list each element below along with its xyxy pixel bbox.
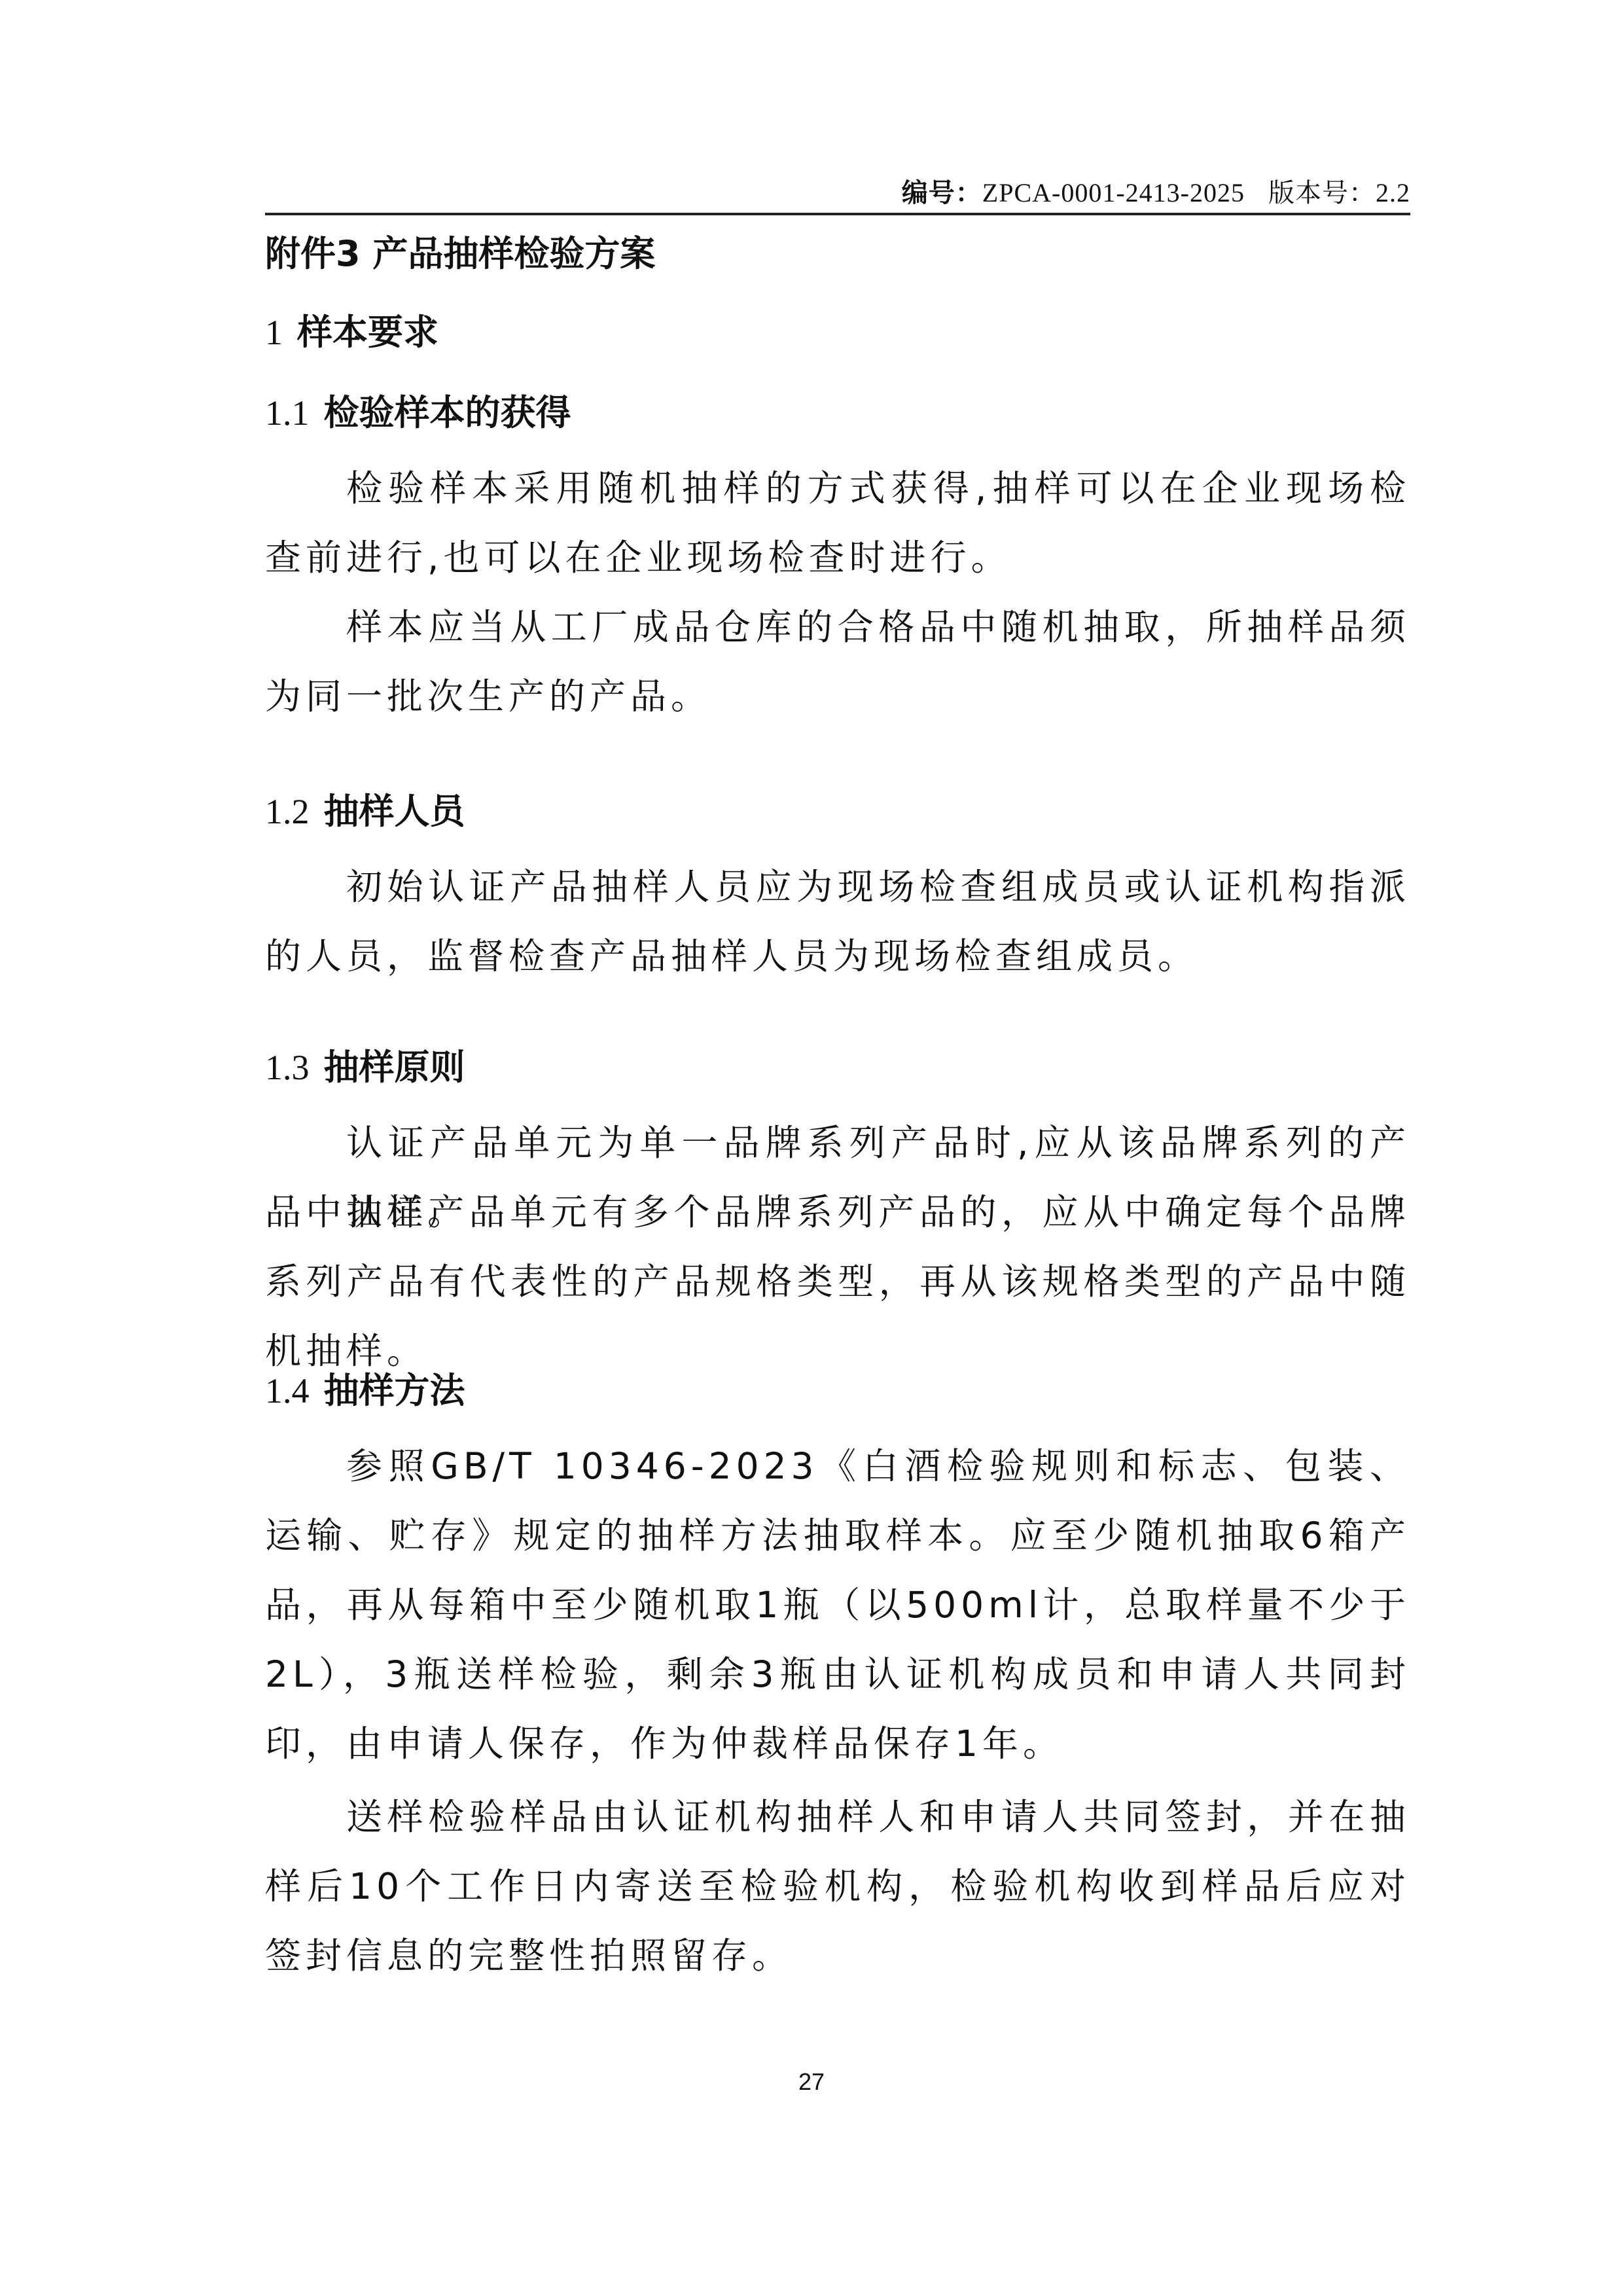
section-title: 检验样本的获得 — [324, 392, 571, 433]
document-code-line: 编号：ZPCA-0001-2413-2025版本号：2.2 — [902, 172, 1410, 209]
paragraph: 样本应当从工厂成品仓库的合格品中随机抽取，所抽样品须为同一批次生产的产品。 — [265, 592, 1410, 731]
paragraph: 认证产品单元有多个品牌系列产品的，应从中确定每个品牌系列产品有代表性的产品规格类… — [265, 1177, 1410, 1386]
paragraph: 送样检验样品由认证机构抽样人和申请人共同签封，并在抽样后10个工作日内寄送至检验… — [265, 1782, 1410, 1990]
section-heading-1-4: 1.4抽样方法 — [265, 1363, 465, 1413]
section-heading-1-2: 1.2抽样人员 — [265, 783, 465, 834]
document-code-value: ZPCA-0001-2413-2025 — [982, 178, 1245, 207]
paragraph: 检验样本采用随机抽样的方式获得,抽样可以在企业现场检查前进行,也可以在企业现场检… — [265, 454, 1410, 592]
section-heading-1-1: 1.1检验样本的获得 — [265, 385, 571, 435]
version-label: 版本号： — [1268, 178, 1376, 207]
section-title: 抽样方法 — [324, 1370, 465, 1411]
section-number: 1.2 — [265, 792, 310, 831]
section-number: 1.3 — [265, 1048, 310, 1087]
section-heading-1-3: 1.3抽样原则 — [265, 1039, 465, 1090]
section-number: 1 — [265, 313, 283, 352]
section-heading-1: 1样本要求 — [265, 304, 438, 355]
section-number: 1.4 — [265, 1371, 310, 1410]
paragraph: 初始认证产品抽样人员应为现场检查组成员或认证机构指派的人员，监督检查产品抽样人员… — [265, 852, 1410, 991]
section-title: 抽样人员 — [324, 791, 465, 832]
paragraph: 参照GB/T 10346-2023《白酒检验规则和标志、包装、运输、贮存》规定的… — [265, 1431, 1410, 1778]
section-title: 样本要求 — [297, 312, 438, 353]
section-title: 抽样原则 — [324, 1047, 465, 1088]
section-number: 1.1 — [265, 393, 310, 433]
page-title: 附件3 产品抽样检验方案 — [265, 226, 655, 276]
document-code-label: 编号： — [902, 178, 982, 208]
page-header: 编号：ZPCA-0001-2413-2025版本号：2.2 — [265, 167, 1410, 215]
page-number: 27 — [0, 2068, 1623, 2096]
version-value: 2.2 — [1376, 178, 1410, 207]
